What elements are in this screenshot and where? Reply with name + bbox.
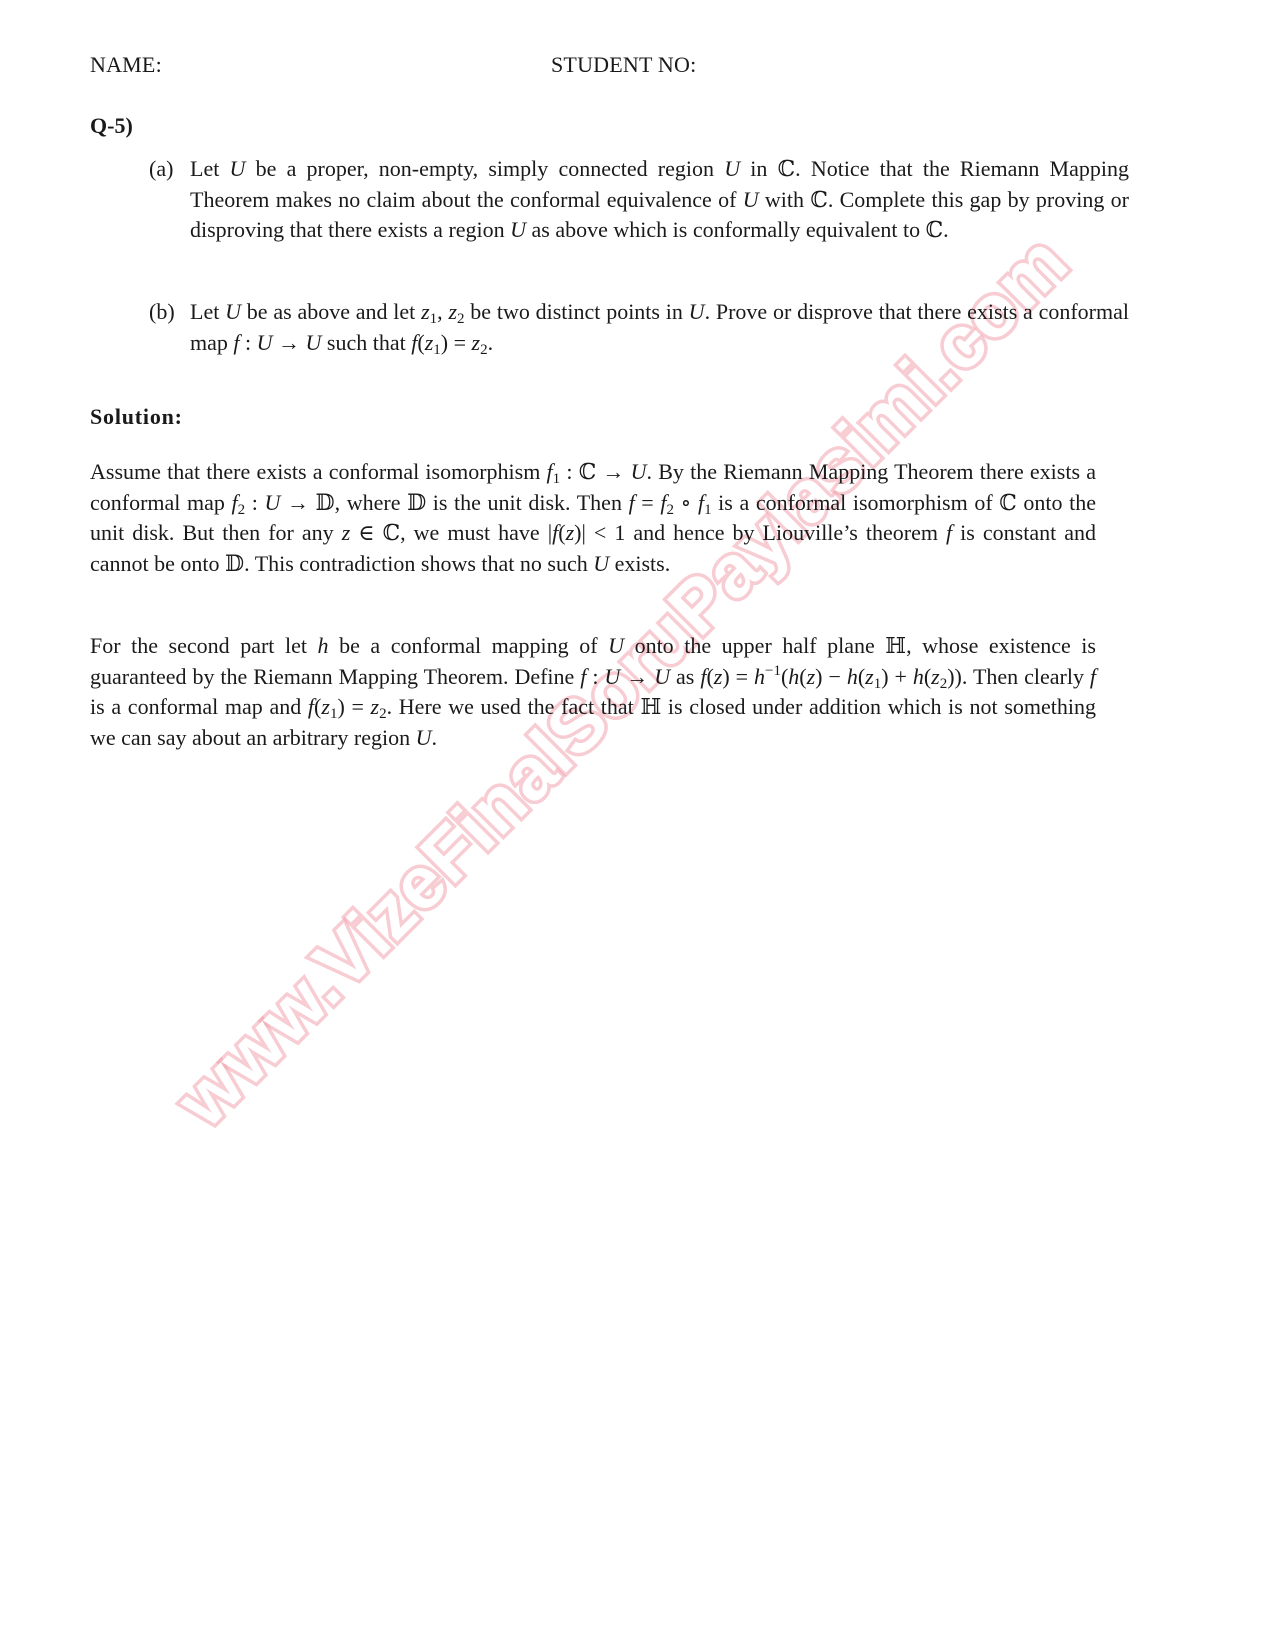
name-label: NAME: xyxy=(90,52,162,78)
question-part-a: (a) Let U be a proper, non-empty, simply… xyxy=(149,154,1129,246)
part-text: Let U be a proper, non-empty, simply con… xyxy=(190,154,1129,246)
part-text: Let U be as above and let z1, z2 be two … xyxy=(190,297,1129,358)
student-no-label: STUDENT NO: xyxy=(551,52,696,78)
solution-paragraph: Assume that there exists a conformal iso… xyxy=(90,457,1096,579)
question-number: Q-5) xyxy=(90,113,133,139)
question-part-b: (b) Let U be as above and let z1, z2 be … xyxy=(149,297,1129,358)
page-content: NAME: STUDENT NO: Q-5) (a) Let U be a pr… xyxy=(0,0,1275,1650)
part-label: (a) xyxy=(149,154,173,185)
part-label: (b) xyxy=(149,297,175,328)
solution-heading: Solution: xyxy=(90,404,183,430)
solution-paragraph: For the second part let h be a conformal… xyxy=(90,631,1096,753)
document-page: www.VizeFinalSoruPaylasimi.com www.VizeF… xyxy=(0,0,1275,1650)
